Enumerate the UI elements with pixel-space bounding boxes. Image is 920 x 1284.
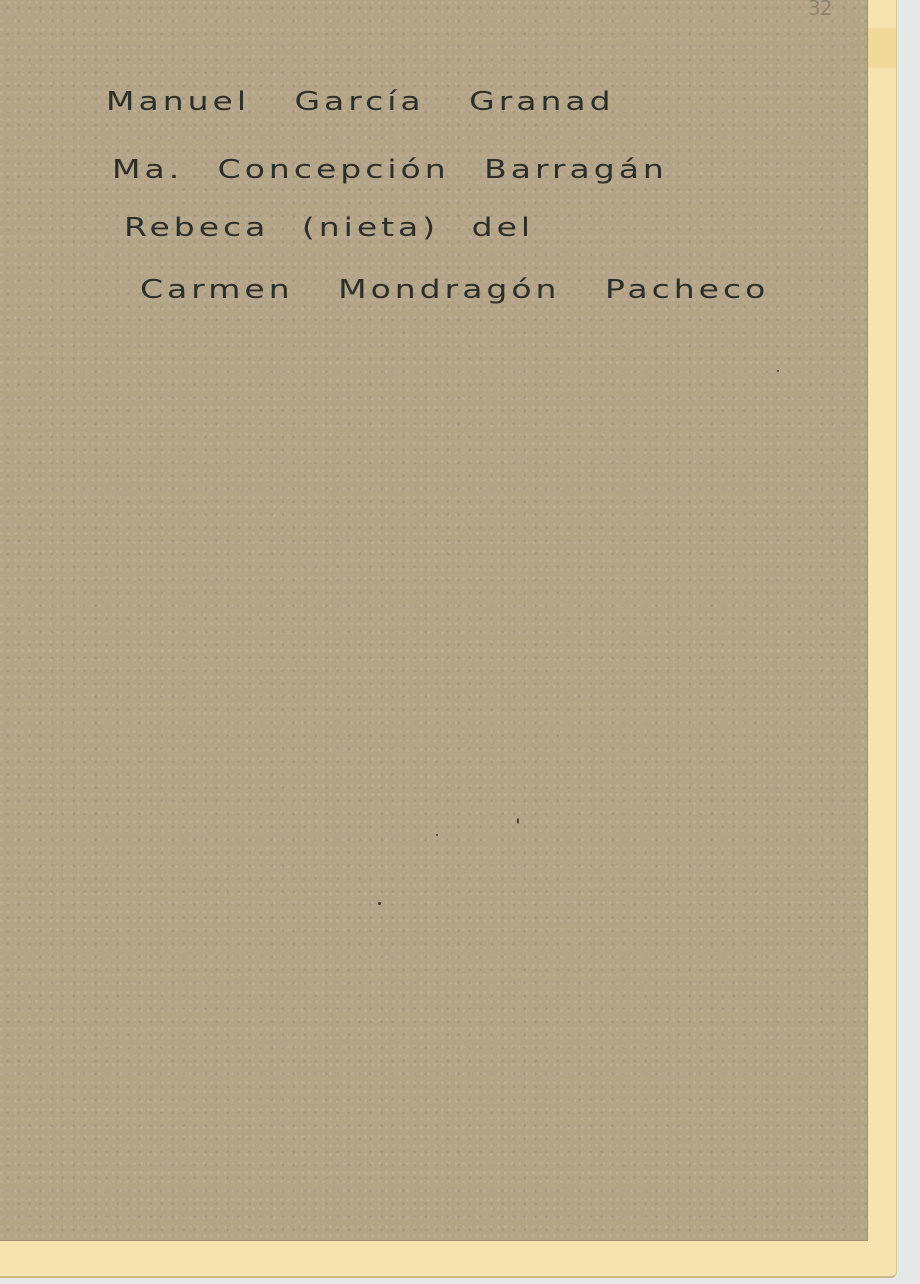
handwritten-line-2: Ma. Concepción Barragán [112, 154, 668, 184]
mount-stain [866, 28, 896, 68]
paper-fleck [517, 818, 519, 824]
kraft-paper-card: 32 Manuel García Granad Ma. Concepción B… [0, 0, 868, 1241]
paper-fleck [777, 370, 779, 372]
handwritten-line-1: Manuel García Granad [106, 86, 615, 116]
paper-fleck [378, 902, 381, 905]
handwritten-line-4: Carmen Mondragón Pacheco [140, 274, 769, 304]
paper-fleck [436, 834, 438, 836]
handwritten-line-3: Rebeca (nieta) del [124, 212, 534, 242]
page-number: 32 [808, 0, 831, 20]
